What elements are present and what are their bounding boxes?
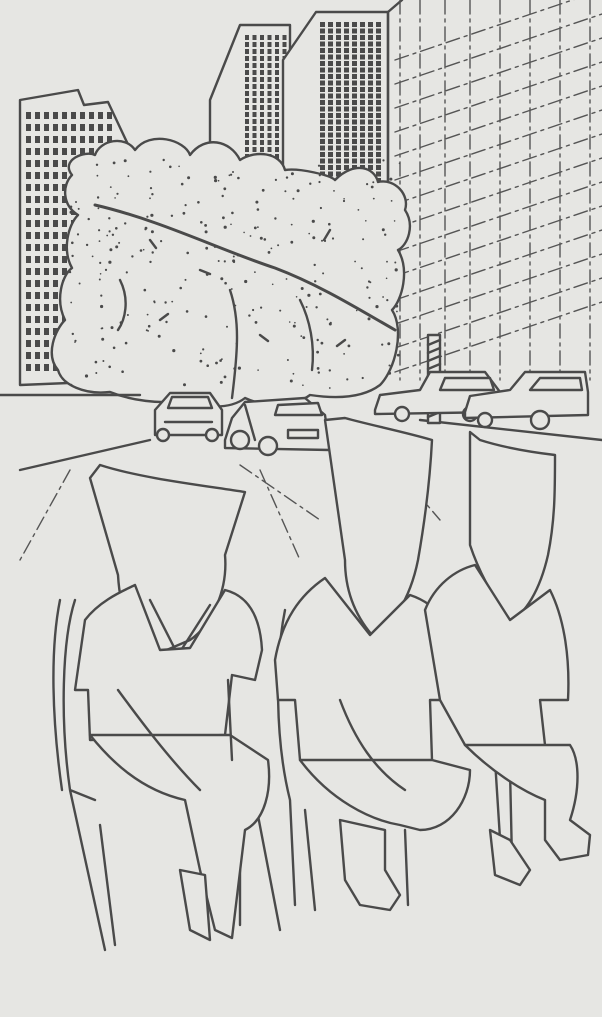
car-1 xyxy=(155,393,222,441)
hooded-figure-left xyxy=(75,465,269,940)
glass-grid-building xyxy=(388,0,602,380)
building-center xyxy=(283,12,388,190)
illustration-canvas xyxy=(0,0,602,1017)
dust-cloud xyxy=(52,139,410,407)
car-2 xyxy=(225,398,330,455)
